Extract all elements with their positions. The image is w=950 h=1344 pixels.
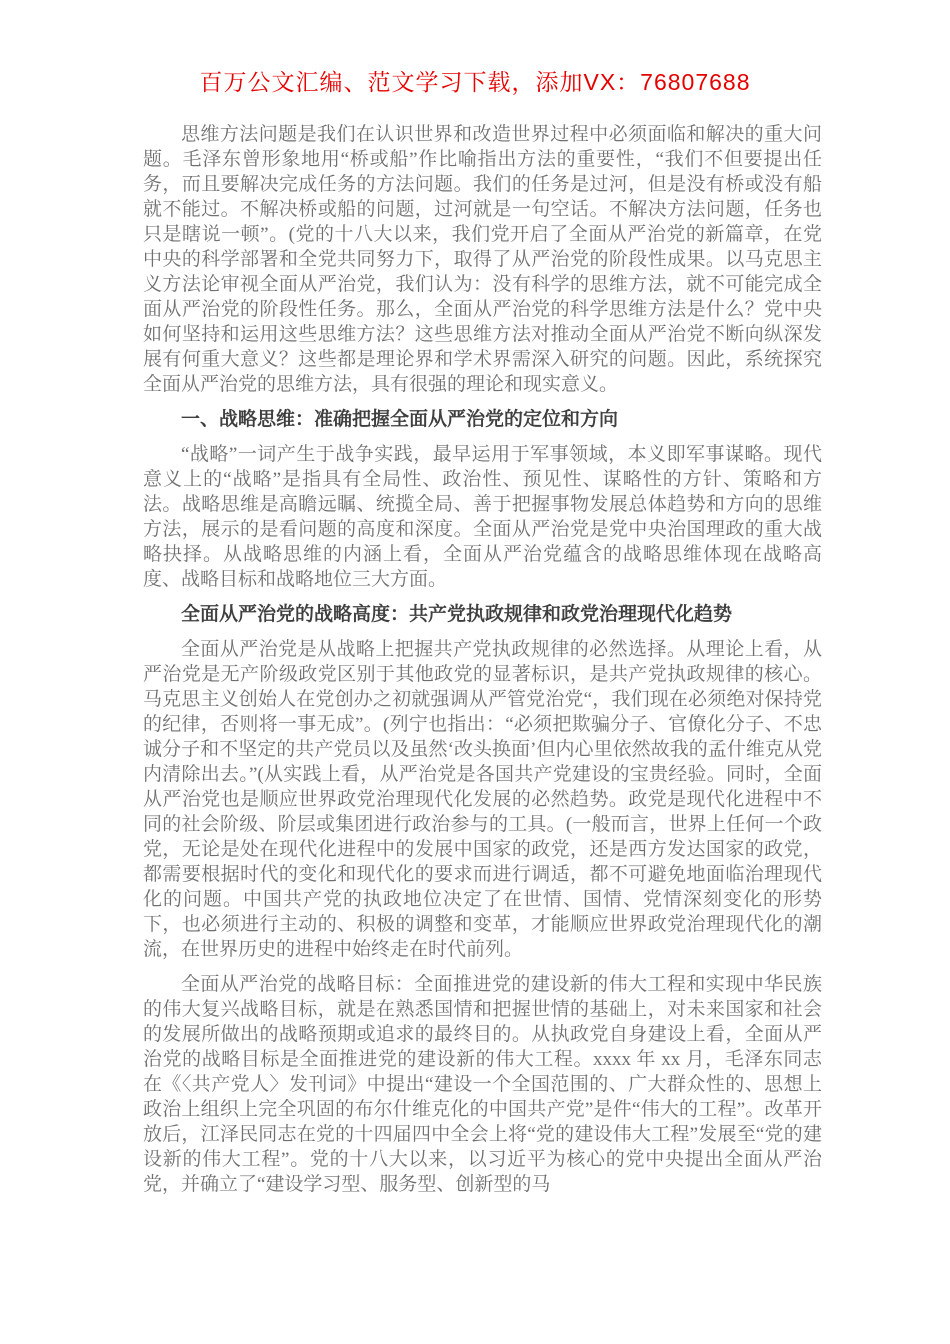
paragraph-intro-thinking-methods: 思维方法问题是我们在认识世界和改造世界过程中必须面临和解决的重大问题。毛泽东曾形… [143, 122, 822, 397]
paragraph-strategic-goal: 全面从严治党的战略目标：全面推进党的建设新的伟大工程和实现中华民族的伟大复兴战略… [143, 972, 822, 1197]
document-body: 思维方法问题是我们在认识世界和改造世界过程中必须面临和解决的重大问题。毛泽东曾形… [143, 122, 822, 1207]
heading-strategic-thinking: 一、战略思维：准确把握全面从严治党的定位和方向 [143, 407, 822, 432]
heading-strategic-height: 全面从严治党的战略高度：共产党执政规律和政党治理现代化趋势 [143, 602, 822, 627]
promo-banner: 百万公文汇编、范文学习下载，添加VX：76807688 [0, 64, 950, 97]
paragraph-strategy-definition: “战略”一词产生于战争实践，最早运用于军事领域，本义即军事谋略。现代意义上的“战… [143, 442, 822, 592]
paragraph-strategic-height: 全面从严治党是从战略上把握共产党执政规律的必然选择。从理论上看，从严治党是无产阶… [143, 637, 822, 962]
document-page: 百万公文汇编、范文学习下载，添加VX：76807688 思维方法问题是我们在认识… [0, 0, 950, 1344]
